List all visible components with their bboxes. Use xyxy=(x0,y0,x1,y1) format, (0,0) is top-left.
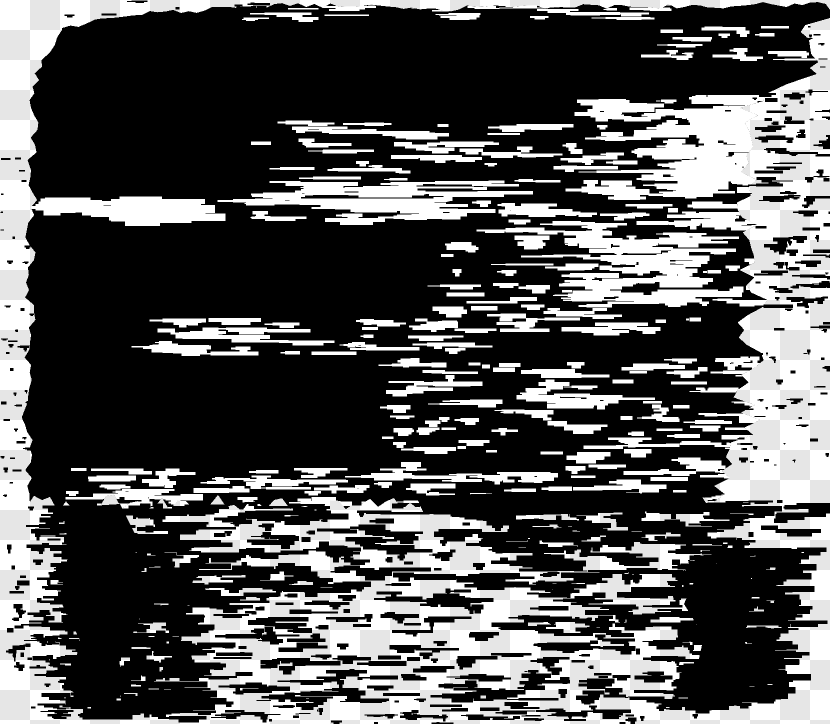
grunge-brush-stroke-image xyxy=(0,0,830,724)
brush-stroke-texture xyxy=(0,0,830,724)
